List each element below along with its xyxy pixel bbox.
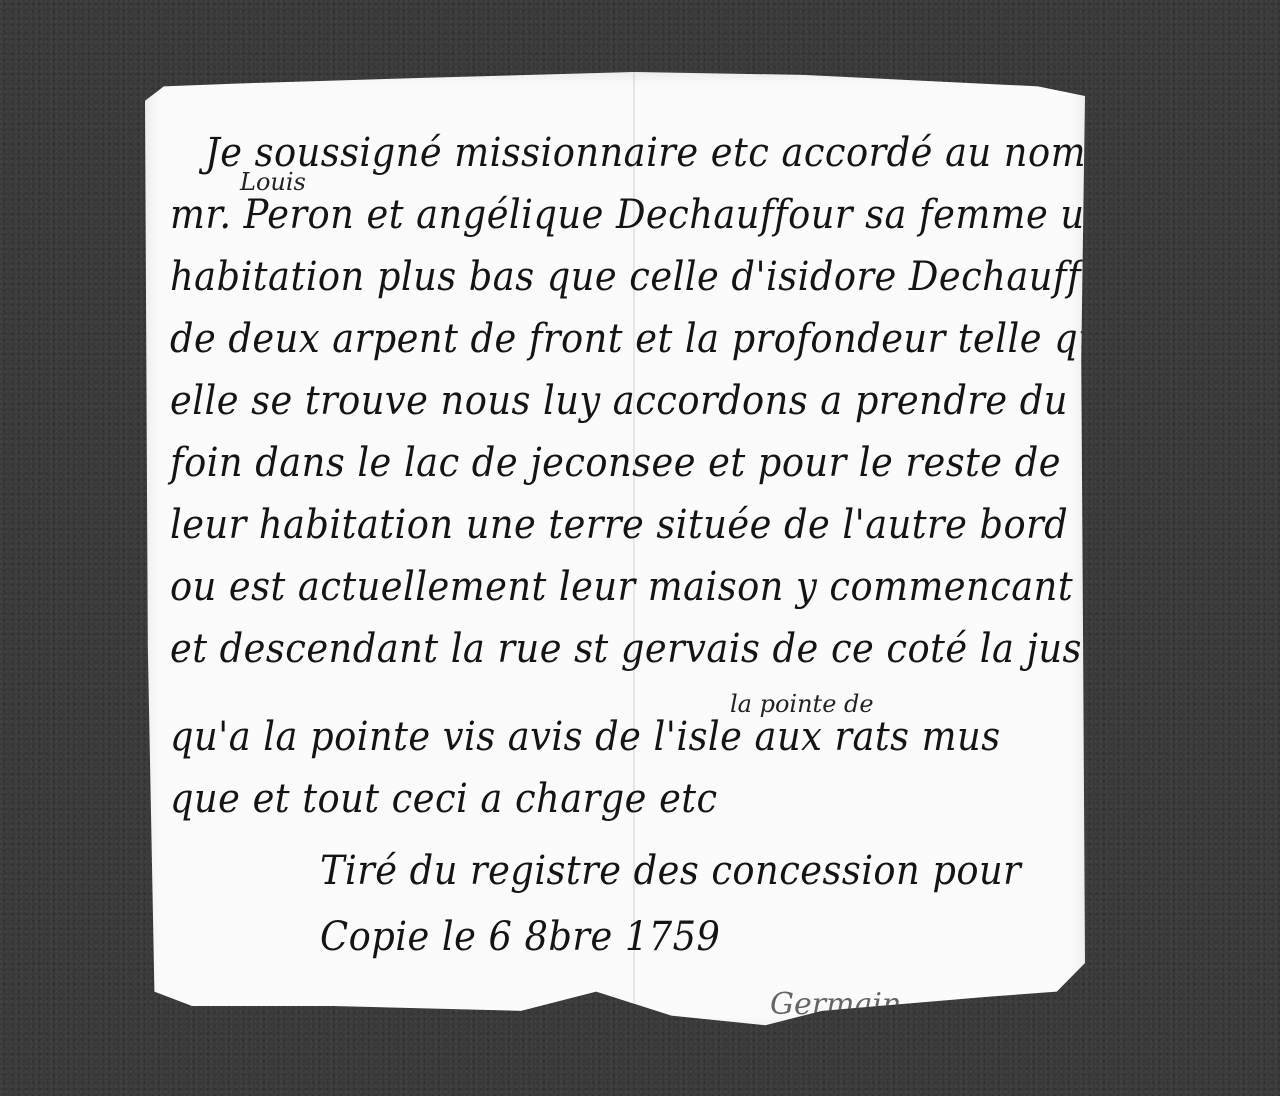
closing-line-2: Copie le 6 8bre 1759 xyxy=(320,914,720,960)
text-line-3: habitation plus bas que celle d'isidore … xyxy=(170,254,1146,300)
text-line-4: de deux arpent de front et la profondeur… xyxy=(170,316,1125,362)
text-line-9: et descendant la rue st gervais de ce co… xyxy=(170,626,1106,672)
text-line-5: elle se trouve nous luy accordons a pren… xyxy=(170,378,1068,424)
text-line-11: que et tout ceci a charge etc xyxy=(170,776,718,822)
text-line-10: qu'a la pointe vis avis de l'isle aux ra… xyxy=(170,714,1001,760)
text-line-1: Je soussigné missionnaire etc accordé au… xyxy=(205,130,1086,176)
text-line-6: foin dans le lac de jeconsee et pour le … xyxy=(170,440,1061,486)
text-line-8: ou est actuellement leur maison y commen… xyxy=(170,564,1073,610)
closing-line-1: Tiré du registre des concession pour xyxy=(320,848,1021,894)
text-line-2: mr. Peron et angélique Dechauffour sa fe… xyxy=(170,192,1131,238)
text-line-7: leur habitation une terre située de l'au… xyxy=(170,502,1068,548)
document-page: Je soussigné missionnaire etc accordé au… xyxy=(145,72,1085,1030)
signature: Germain xyxy=(770,987,901,1022)
